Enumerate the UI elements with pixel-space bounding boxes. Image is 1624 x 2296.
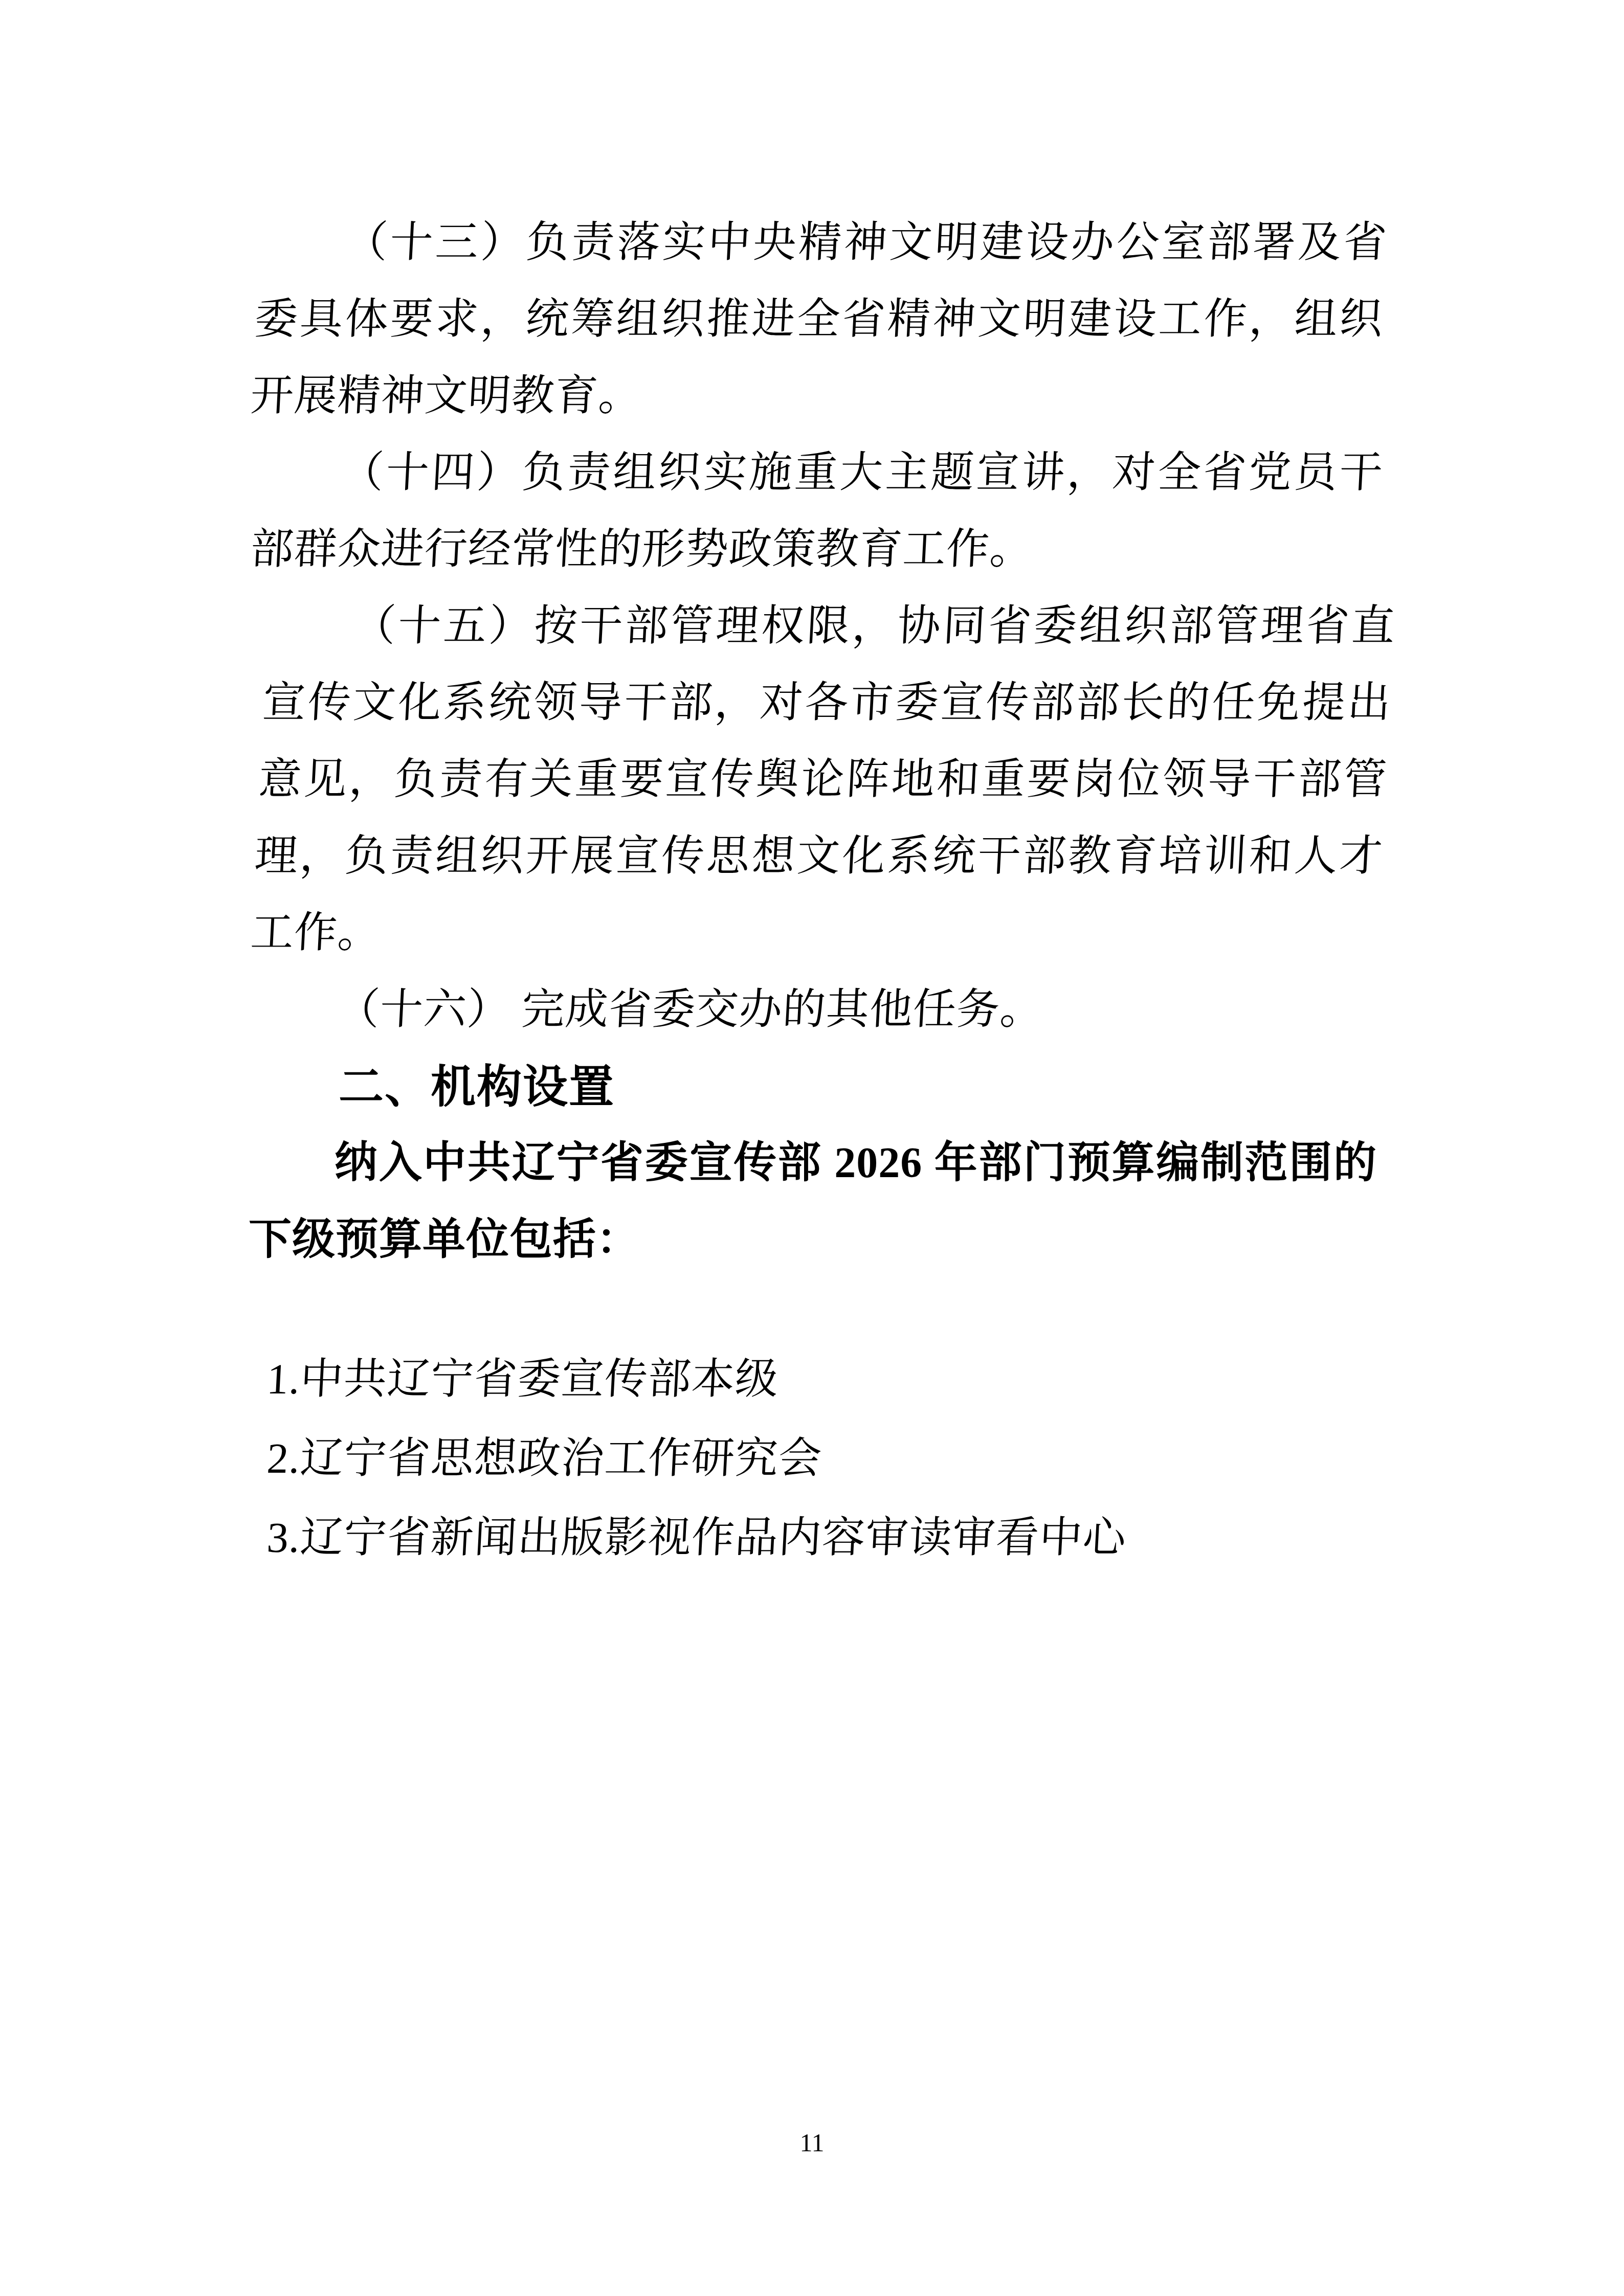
document-page: （十三）负责落实中央精神文明建设办公室部署及省委具体要求，统筹组织推进全省精神文… (0, 0, 1624, 2296)
budget-unit-item-2: 2.辽宁省思想政治工作研究会 (265, 1419, 1381, 1498)
section-heading-organization-setup: 二、机构设置 (249, 1048, 1377, 1125)
paragraph-duty-15: （十五）按干部管理权限，协同省委组织部管理省直宣传文化系统领导干部，对各市委宣传… (249, 588, 1397, 972)
budget-unit-item-1: 1.中共辽宁省委宣传部本级 (265, 1340, 1381, 1419)
paragraph-budget-scope-intro: 纳入中共辽宁省委宣传部 2026 年部门预算编制范围的下级预算单位包括： (249, 1125, 1377, 1278)
page-number: 11 (0, 2127, 1624, 2158)
budget-unit-item-3: 3.辽宁省新闻出版影视作品内容审读审看中心 (265, 1498, 1381, 1578)
page-content: （十三）负责落实中央精神文明建设办公室部署及省委具体要求，统筹组织推进全省精神文… (249, 205, 1377, 1578)
paragraph-duty-14: （十四）负责组织实施重大主题宣讲，对全省党员干部群众进行经常性的形势政策教育工作… (249, 435, 1385, 588)
paragraph-duty-13: （十三）负责落实中央精神文明建设办公室部署及省委具体要求，统筹组织推进全省精神文… (249, 205, 1389, 435)
budget-unit-list: 1.中共辽宁省委宣传部本级 2.辽宁省思想政治工作研究会 3.辽宁省新闻出版影视… (249, 1340, 1377, 1578)
paragraph-duty-16: （十六） 完成省委交办的其他任务。 (249, 972, 1381, 1048)
